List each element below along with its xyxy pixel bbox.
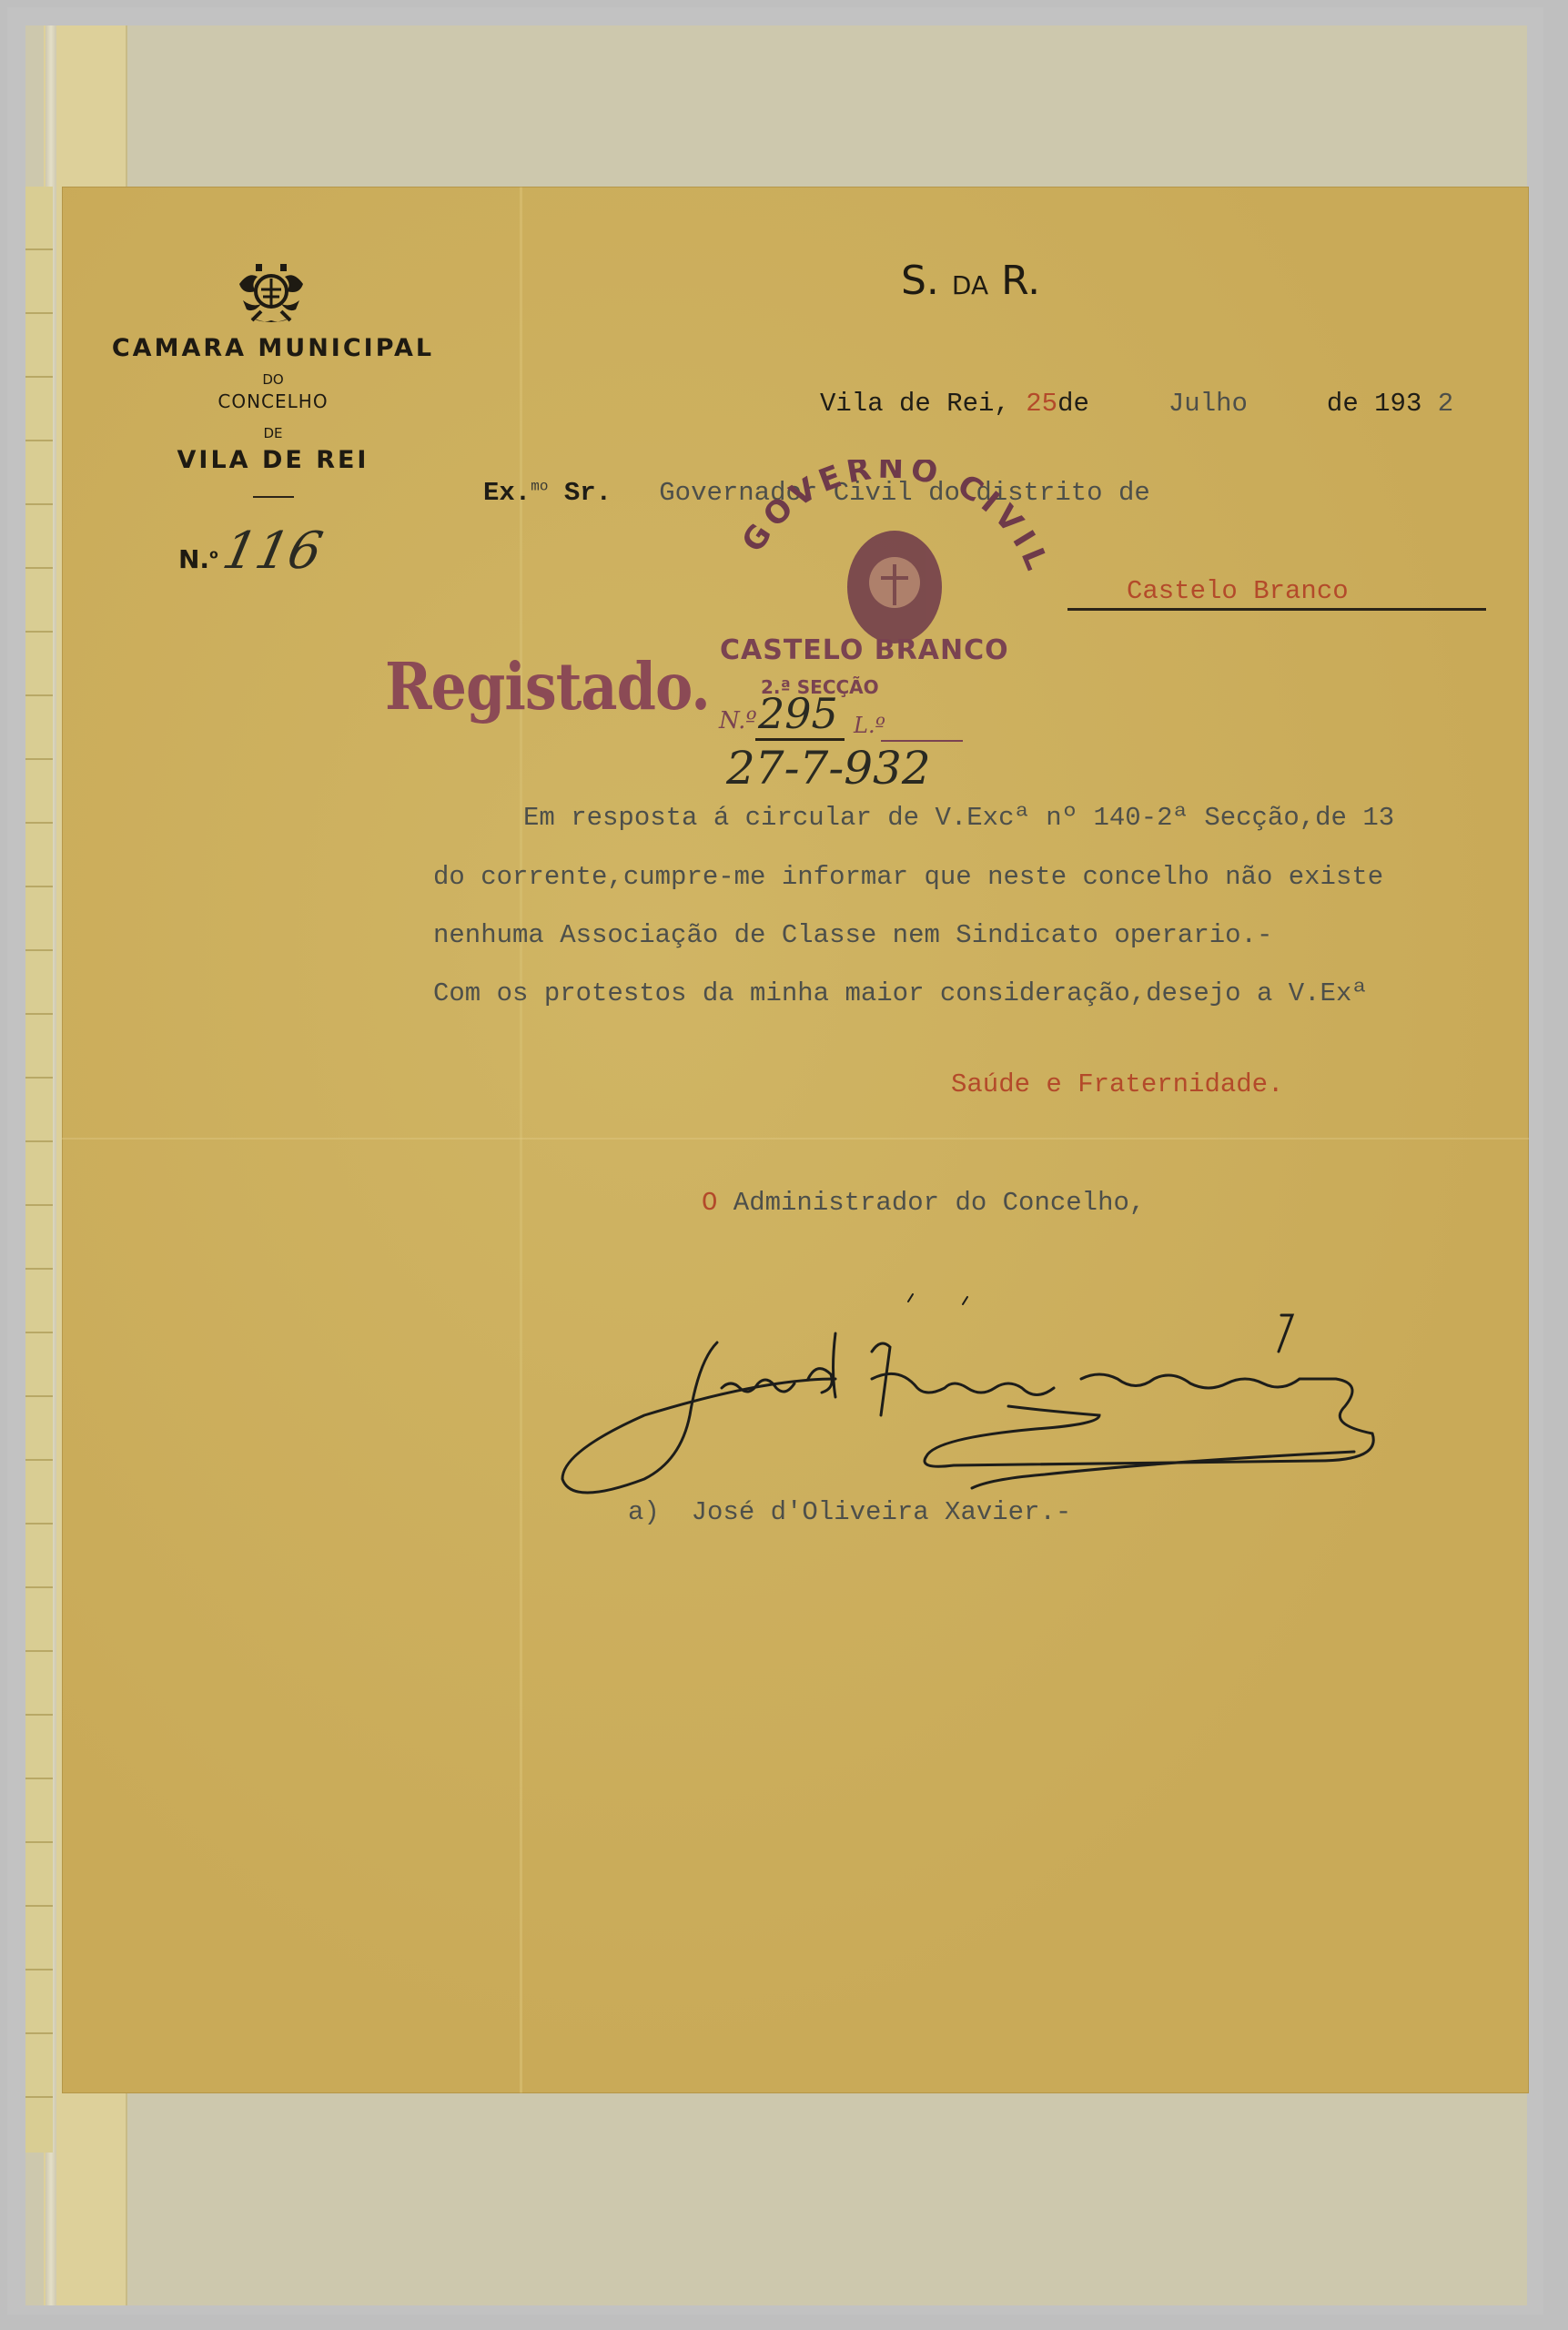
signatory-title: O Administrador do Concelho,: [702, 1188, 1145, 1218]
letterhead-concelho: CONCELHO: [100, 390, 446, 412]
header-sdar: S. DA R.: [901, 258, 1040, 304]
coat-of-arms-icon: [230, 264, 312, 328]
registado-stamp: Registado.: [385, 649, 710, 725]
district-underline: [1067, 608, 1486, 611]
reference-number-label: N.o: [178, 544, 218, 574]
date-month: Julho: [1168, 389, 1248, 419]
ruled-sheet-edge: [25, 187, 53, 2153]
reference-number-value: 116: [217, 522, 328, 581]
stamp-l-label: L.º: [854, 713, 885, 738]
stamp-number-value: 295: [758, 689, 838, 738]
handwritten-signature-icon: [535, 1279, 1491, 1515]
district-name: Castelo Branco: [1127, 576, 1349, 606]
body-line-3: nenhuma Associação de Classe nem Sindica…: [433, 920, 1272, 950]
body-line-2: do corrente,cumpre-me informar que neste…: [433, 862, 1383, 892]
body-line-1: Em resposta á circular de V.Excª nº 140-…: [523, 803, 1394, 833]
letterhead-rule: [253, 496, 294, 498]
closing-salutation: Saúde e Fraternidade.: [951, 1069, 1283, 1099]
stamp-place: CASTELO BRANCO: [720, 634, 1009, 666]
letter-sheet: CAMARA MUNICIPAL DO CONCELHO DE VILA DE …: [62, 187, 1529, 2093]
letterhead-do: DO: [100, 371, 446, 388]
stamp-number-underline: [755, 738, 845, 741]
body-line-4: Com os protestos da minha maior consider…: [433, 978, 1368, 1008]
date-line: Vila de Rei, 25de Julho de 193 2: [820, 389, 1453, 419]
stamp-handwritten-date: 27-7-932: [726, 742, 931, 795]
letterhead-de: DE: [100, 425, 446, 441]
governo-civil-stamp-icon: GOVERNO CIVIL: [699, 460, 1081, 660]
letterhead-title: CAMARA MUNICIPAL: [100, 334, 446, 362]
fold-line: [62, 1138, 1529, 1140]
signatory-name: a) José d'Oliveira Xavier.-: [628, 1497, 1071, 1527]
date-day: 25: [1026, 389, 1057, 419]
stamp-number-label: N.º: [719, 707, 757, 734]
letterhead-place: VILA DE REI: [100, 446, 446, 474]
